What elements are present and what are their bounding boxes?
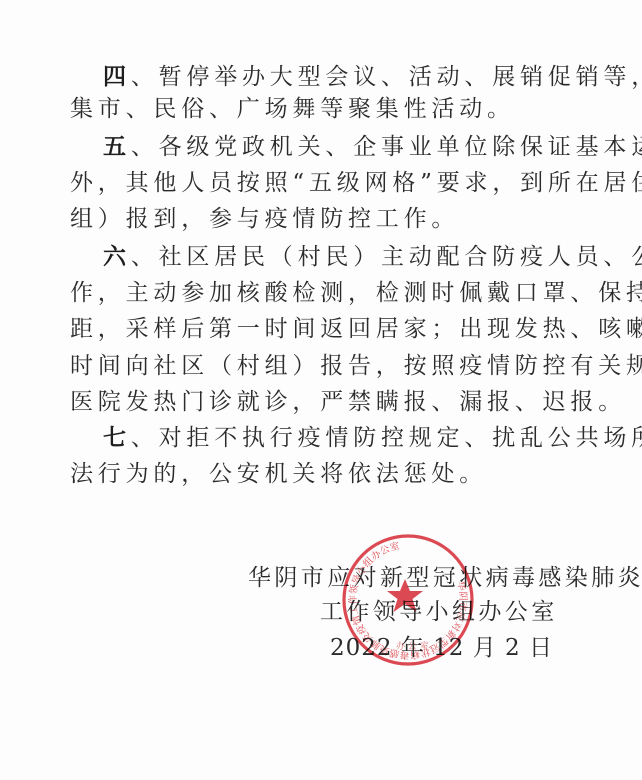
paragraph-6-line-5: 医院发热门诊就诊，严禁瞒报、漏报、迟报。 [70, 384, 580, 420]
paragraph-5-line-1: 五、各级党政机关、企事业单位除保证基本运转的人员 [103, 129, 613, 165]
document-page: 四、暂停举办大型会议、活动、展销促销等，暂停游园、 集市、民俗、广场舞等聚集性活… [0, 0, 642, 780]
paragraph-number: 四 [103, 63, 131, 90]
paragraph-number: 五 [103, 133, 131, 160]
paragraph-6-line-3: 距，采样后第一时间返回居家；出现发热、咳嗽等症状第一 [70, 311, 580, 347]
paragraph-6-line-1: 六、社区居民（村民）主动配合防疫人员、公安民警工 [103, 239, 613, 275]
paragraph-number: 六 [103, 243, 131, 270]
svg-text:办 公 室: 办 公 室 [396, 640, 429, 652]
official-seal-stamp: 华阴市应对新型冠状病毒感染肺炎疫情工作领导小组办公室 办 公 室 [341, 533, 475, 667]
paragraph-6-line-4: 时间向社区（村组）报告，按照疫情防控有关规定到市人民 [70, 348, 580, 384]
paragraph-4-line-1: 四、暂停举办大型会议、活动、展销促销等，暂停游园、 [103, 59, 613, 95]
seal-icon: 华阴市应对新型冠状病毒感染肺炎疫情工作领导小组办公室 办 公 室 [341, 533, 475, 667]
paragraph-7-line-1: 七、对拒不执行疫情防控规定、扰乱公共场所秩序等违 [103, 420, 613, 456]
paragraph-5-line-2: 外，其他人员按照“五级网格”要求，到所在居住小区（村 [70, 165, 580, 201]
paragraph-6-line-2: 作，主动参加核酸检测，检测时佩戴口罩、保持 1 米以上间 [70, 275, 580, 311]
paragraph-5-line-3: 组）报到，参与疫情防控工作。 [70, 201, 580, 237]
paragraph-number: 七 [103, 424, 131, 451]
star-icon [387, 579, 423, 612]
paragraph-4-line-2: 集市、民俗、广场舞等聚集性活动。 [70, 91, 580, 127]
paragraph-7-line-2: 法行为的，公安机关将依法惩处。 [70, 456, 580, 492]
